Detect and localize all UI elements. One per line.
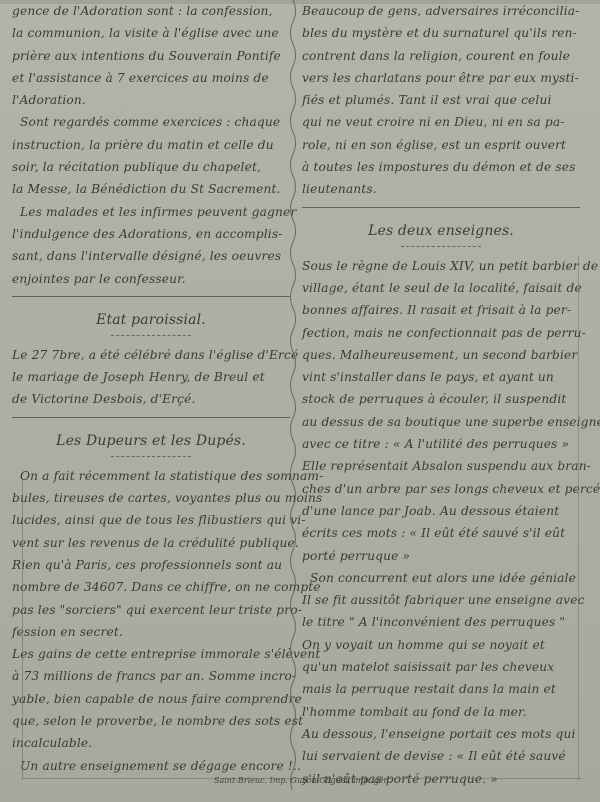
adoration-paragraph: gence de l'Adoration sont : la confessio… — [12, 0, 290, 111]
text-line: mais la perruque restait dans la main et — [302, 678, 580, 700]
text-line: au dessus de sa boutique une superbe ens… — [302, 411, 580, 433]
frame-line-right — [578, 255, 579, 780]
text-line: soir, la récitation publique du chapelet… — [12, 156, 290, 178]
title-flourish — [111, 456, 191, 459]
text-line: ques. Malheureusement, un second barbier — [302, 344, 580, 366]
text-line: Au dessous, l'enseigne portait ces mots … — [302, 723, 580, 745]
text-line: fiés et plumés. Tant il est vrai que cel… — [302, 89, 580, 111]
text-line: à 73 millions de francs par an. Somme in… — [12, 665, 290, 687]
text-line: que, selon le proverbe, le nombre des so… — [12, 710, 290, 732]
beaucoup-paragraph: Beaucoup de gens, adversaires irréconcil… — [302, 0, 580, 201]
section-rule — [12, 296, 290, 297]
text-line: bules, tireuses de cartes, voyantes plus… — [12, 487, 290, 509]
text-line: pas les "sorciers" qui exercent leur tri… — [12, 599, 290, 621]
text-line: Un autre enseignement se dégage encore !… — [12, 755, 290, 777]
scanned-document-page: gence de l'Adoration sont : la confessio… — [0, 0, 600, 802]
deux-enseignes-section: Les deux enseignes. Sous le règne de Lou… — [302, 216, 580, 790]
text-line: On a fait récemment la statistique des s… — [12, 465, 290, 487]
text-line: bles du mystère et du surnaturel qu'ils … — [302, 22, 580, 44]
text-line: gence de l'Adoration sont : la confessio… — [12, 0, 290, 22]
title-flourish — [401, 246, 481, 249]
left-column: gence de l'Adoration sont : la confessio… — [12, 0, 290, 777]
text-line: bonnes affaires. Il rasait et frisait à … — [302, 299, 580, 321]
text-line: à toutes les impostures du démon et de s… — [302, 156, 580, 178]
text-line: Les gains de cette entreprise immorale s… — [12, 643, 290, 665]
text-line: village, étant le seul de la localité, f… — [302, 277, 580, 299]
text-line: sant, dans l'intervalle désigné, les oeu… — [12, 245, 290, 267]
frame-line-left — [22, 478, 23, 780]
exercises-paragraph: Sont regardés comme exercices : chaque i… — [12, 111, 290, 200]
section-title: Etat paroissial. — [12, 305, 290, 335]
text-line: fection, mais ne confectionnait pas de p… — [302, 322, 580, 344]
text-line: vent sur les revenus de la crédulité pub… — [12, 532, 290, 554]
text-line: contrent dans la religion, courent en fo… — [302, 45, 580, 67]
text-line: Elle représentait Absalon suspendu aux b… — [302, 455, 580, 477]
text-line: stock de perruques à écouler, il suspend… — [302, 388, 580, 410]
text-line: lucides, ainsi que de tous les flibustie… — [12, 509, 290, 531]
text-line: écrits ces mots : « Il eût été sauvé s'i… — [302, 522, 580, 544]
text-line: fession en secret. — [12, 621, 290, 643]
dupeurs-section: Les Dupeurs et les Dupés. On a fait réce… — [12, 426, 290, 777]
text-line: Il se fit aussitôt fabriquer une enseign… — [302, 589, 580, 611]
wavy-column-divider — [286, 0, 300, 790]
printer-imprint: Saint-Brieuc. Imp. Guyon-Gaguel, imp.-gé… — [214, 776, 389, 785]
text-line: de Victorine Desbois, d'Erçé. — [12, 388, 290, 410]
section-title: Les deux enseignes. — [302, 216, 580, 246]
text-line: role, ni en son église, est un esprit ou… — [302, 134, 580, 156]
text-line: enjointes par le confesseur. — [12, 268, 290, 290]
text-line: le mariage de Joseph Henry, de Breul et — [12, 366, 290, 388]
section-rule — [302, 207, 580, 208]
text-line: lieutenants. — [302, 178, 580, 200]
text-line: Les malades et les infirmes peuvent gagn… — [12, 201, 290, 223]
text-line: d'une lance par Joab. Au dessous étaient — [302, 500, 580, 522]
section-title: Les Dupeurs et les Dupés. — [12, 426, 290, 456]
text-line: le titre " A l'inconvénient des perruque… — [302, 611, 580, 633]
text-line: Sont regardés comme exercices : chaque — [12, 111, 290, 133]
text-line: l'homme tombait au fond de la mer. — [302, 701, 580, 723]
text-line: On y voyait un homme qui se noyait et — [302, 634, 580, 656]
text-line: la Messe, la Bénédiction du St Sacrement… — [12, 178, 290, 200]
text-line: vers les charlatans pour être par eux my… — [302, 67, 580, 89]
sick-paragraph: Les malades et les infirmes peuvent gagn… — [12, 201, 290, 290]
text-line: lui servaient de devise : « Il eût été s… — [302, 745, 580, 767]
text-line: l'Adoration. — [12, 89, 290, 111]
title-flourish — [111, 335, 191, 338]
etat-paroissial-section: Etat paroissial. Le 27 7bre, a été céléb… — [12, 305, 290, 411]
text-line: incalculable. — [12, 732, 290, 754]
text-line: nombre de 34607. Dans ce chiffre, on ne … — [12, 576, 290, 598]
text-line: Le 27 7bre, a été célébré dans l'église … — [12, 344, 290, 366]
text-line: vint s'installer dans le pays, et ayant … — [302, 366, 580, 388]
text-line: ches d'un arbre par ses longs cheveux et… — [302, 478, 580, 500]
right-column: Beaucoup de gens, adversaires irréconcil… — [302, 0, 580, 790]
text-line: qui ne veut croire ni en Dieu, ni en sa … — [302, 111, 580, 133]
text-line: instruction, la prière du matin et celle… — [12, 134, 290, 156]
text-line: Rien qu'à Paris, ces professionnels sont… — [12, 554, 290, 576]
text-line: la communion, la visite à l'église avec … — [12, 22, 290, 44]
text-line: Sous le règne de Louis XIV, un petit bar… — [302, 255, 580, 277]
text-line: Son concurrent eut alors une idée génial… — [302, 567, 580, 589]
section-rule — [12, 417, 290, 418]
text-line: porté perruque » — [302, 545, 580, 567]
text-line: avec ce titre : « A l'utilité des perruq… — [302, 433, 580, 455]
text-line: et l'assistance à 7 exercices au moins d… — [12, 67, 290, 89]
text-line: qu'un matelot saisissait par les cheveux — [302, 656, 580, 678]
text-line: Beaucoup de gens, adversaires irréconcil… — [302, 0, 580, 22]
text-line: l'indulgence des Adorations, en accompli… — [12, 223, 290, 245]
text-line: prière aux intentions du Souverain Ponti… — [12, 45, 290, 67]
text-line: yable, bien capable de nous faire compre… — [12, 688, 290, 710]
